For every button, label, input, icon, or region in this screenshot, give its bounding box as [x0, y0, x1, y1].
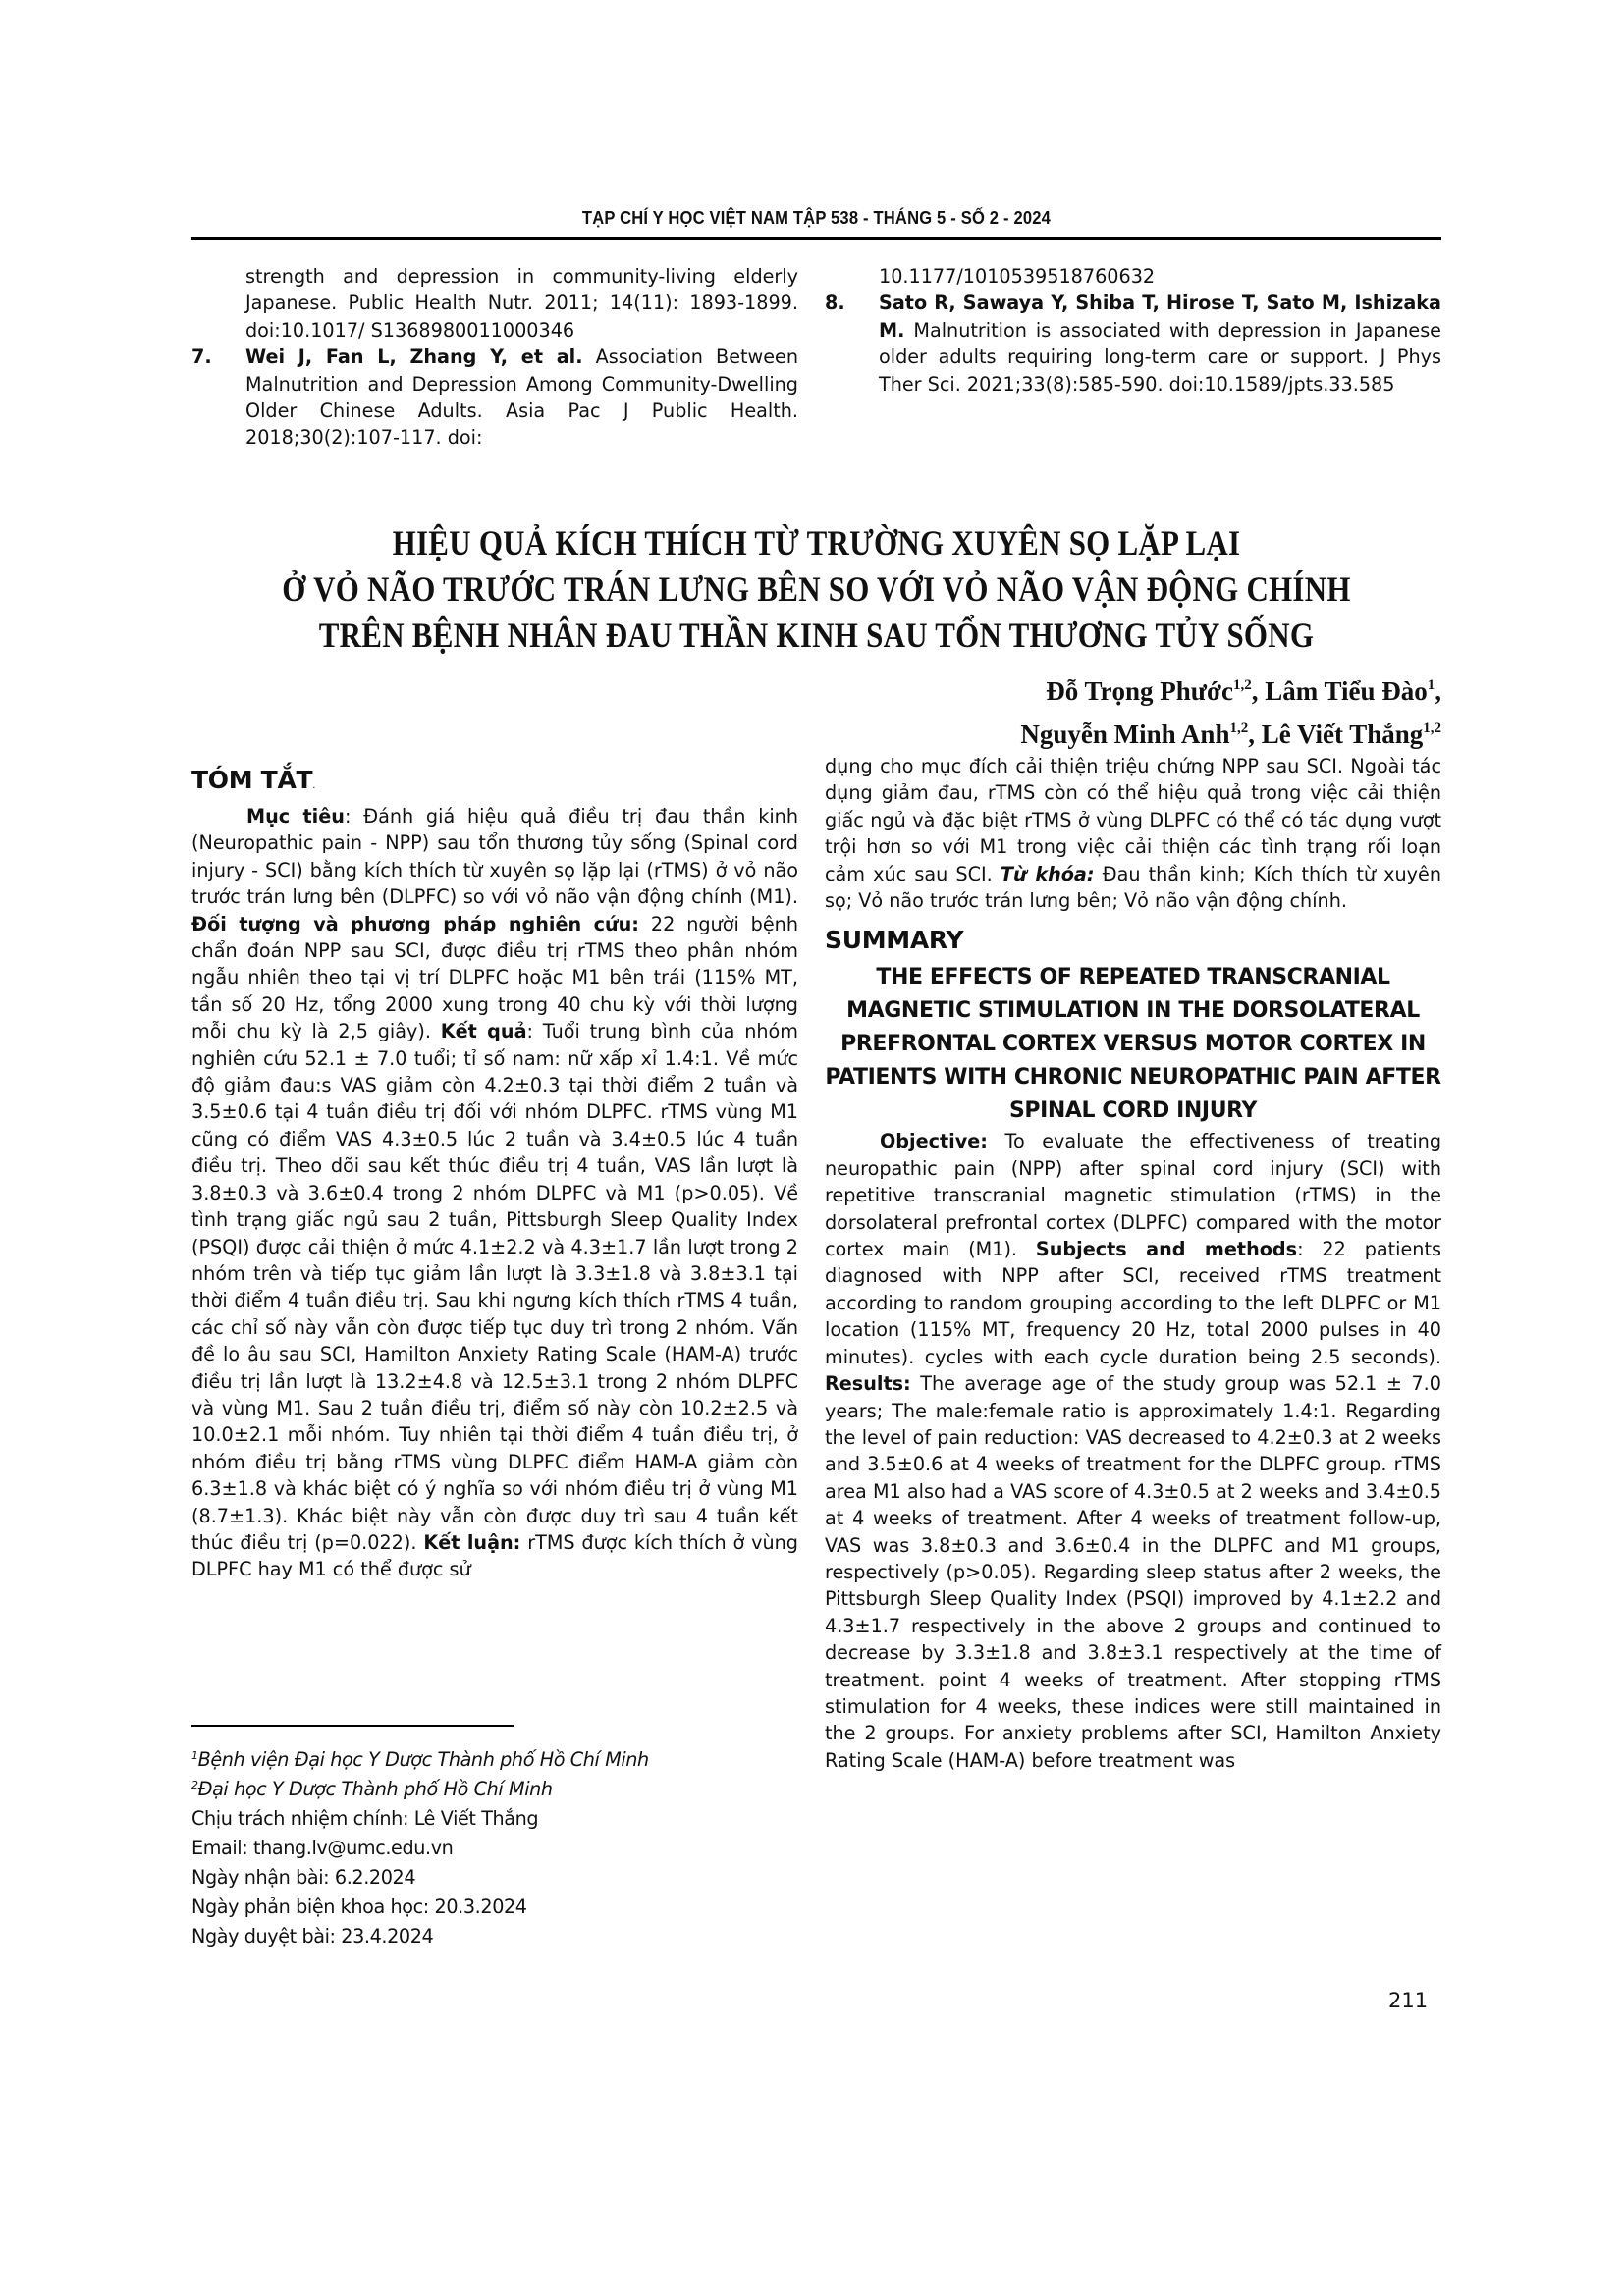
title-line: Ở VỎ NÃO TRƯỚC TRÁN LƯNG BÊN SO VỚI VỎ N…	[279, 566, 1354, 613]
review-date: Ngày phản biện khoa học: 20.3.2024	[191, 1893, 798, 1922]
objective-label: Objective:	[880, 1130, 988, 1152]
affiliation-2: 2Đại học Y Dược Thành phố Hồ Chí Minh	[191, 1775, 798, 1804]
conclusion-label: Kết luận:	[423, 1531, 520, 1554]
abstract-vietnamese: TÓM TẮT. Mục tiêu: Đánh giá hiệu quả điề…	[191, 766, 798, 1583]
section-heading: TÓM TẮT.	[191, 766, 798, 801]
author-name: Lâm Tiểu Đào	[1265, 676, 1428, 706]
header-rule	[191, 237, 1441, 240]
results-label: Kết quả	[441, 1020, 527, 1042]
reference-6-continued: strength and depression in community-liv…	[191, 263, 798, 344]
article-title: HIỆU QUẢ KÍCH THÍCH TỪ TRƯỜNG XUYÊN SỌ L…	[279, 520, 1354, 659]
reference-number: 8.	[825, 290, 879, 398]
author-list: Đỗ Trọng Phước1,2, Lâm Tiểu Đào1, Nguyễn…	[1020, 669, 1441, 756]
reference-8: 8. Sato R, Sawaya Y, Shiba T, Hirose T, …	[825, 290, 1441, 398]
running-header: TẠP CHÍ Y HỌC VIỆT NAM TẬP 538 - THÁNG 5…	[242, 208, 1391, 229]
email[interactable]: Email: thang.lv@umc.edu.vn	[191, 1834, 798, 1863]
reference-7-continued: 10.1177/1010539518760632	[825, 263, 1441, 290]
footnotes: 1Bệnh viện Đại học Y Dược Thành phố Hồ C…	[191, 1745, 798, 1951]
received-date: Ngày nhận bài: 6.2.2024	[191, 1863, 798, 1893]
reference-text: Malnutrition is associated with depressi…	[879, 319, 1441, 396]
author-name: Đỗ Trọng Phước	[1046, 676, 1233, 706]
accepted-date: Ngày duyệt bài: 23.4.2024	[191, 1922, 798, 1951]
abstract-paragraph-continued: dụng cho mục đích cải thiện triệu chứng …	[825, 753, 1441, 914]
english-title: THE EFFECTS OF REPEATED TRANSCRANIAL MAG…	[825, 961, 1441, 1128]
methods-label: Đối tượng và phương pháp nghiên cứu:	[191, 913, 639, 935]
summary-heading: SUMMARY	[825, 926, 1441, 955]
reference-authors: Wei J, Fan L, Zhang Y, et al.	[245, 346, 583, 368]
page-number: 211	[1388, 1989, 1428, 2012]
abstract-paragraph: Mục tiêu: Đánh giá hiệu quả điều trị đau…	[191, 803, 798, 1583]
objective-label: Mục tiêu	[246, 805, 345, 828]
methods-label: Subjects and methods	[1036, 1238, 1297, 1260]
reference-7: 7. Wei J, Fan L, Zhang Y, et al. Associa…	[191, 344, 798, 452]
author-name: Lê Viết Thắng	[1262, 720, 1424, 749]
title-line: TRÊN BỆNH NHÂN ĐAU THẦN KINH SAU TỔN THƯ…	[279, 613, 1354, 659]
abstract-right-column: dụng cho mục đích cải thiện triệu chứng …	[825, 753, 1441, 1774]
author-affiliation: 1,2	[1423, 721, 1441, 736]
summary-paragraph: Objective: To evaluate the effectiveness…	[825, 1128, 1441, 1774]
title-line: HIỆU QUẢ KÍCH THÍCH TỪ TRƯỜNG XUYÊN SỌ L…	[279, 520, 1354, 566]
affiliation-1: 1Bệnh viện Đại học Y Dược Thành phố Hồ C…	[191, 1745, 798, 1775]
journal-page: TẠP CHÍ Y HỌC VIỆT NAM TẬP 538 - THÁNG 5…	[0, 0, 1624, 2296]
corresponding-author: Chịu trách nhiệm chính: Lê Viết Thắng	[191, 1804, 798, 1834]
author-affiliation: 1,2	[1229, 721, 1248, 736]
author-affiliation: 1,2	[1233, 677, 1252, 693]
keywords-label: Từ khóa:	[1001, 863, 1095, 885]
reference-number: 7.	[191, 344, 245, 452]
references-right: 10.1177/1010539518760632 8. Sato R, Sawa…	[825, 263, 1441, 398]
author-name: Nguyễn Minh Anh	[1020, 720, 1229, 749]
results-label: Results:	[825, 1372, 911, 1395]
references-left: strength and depression in community-liv…	[191, 263, 798, 452]
footnote-rule	[191, 1725, 514, 1727]
